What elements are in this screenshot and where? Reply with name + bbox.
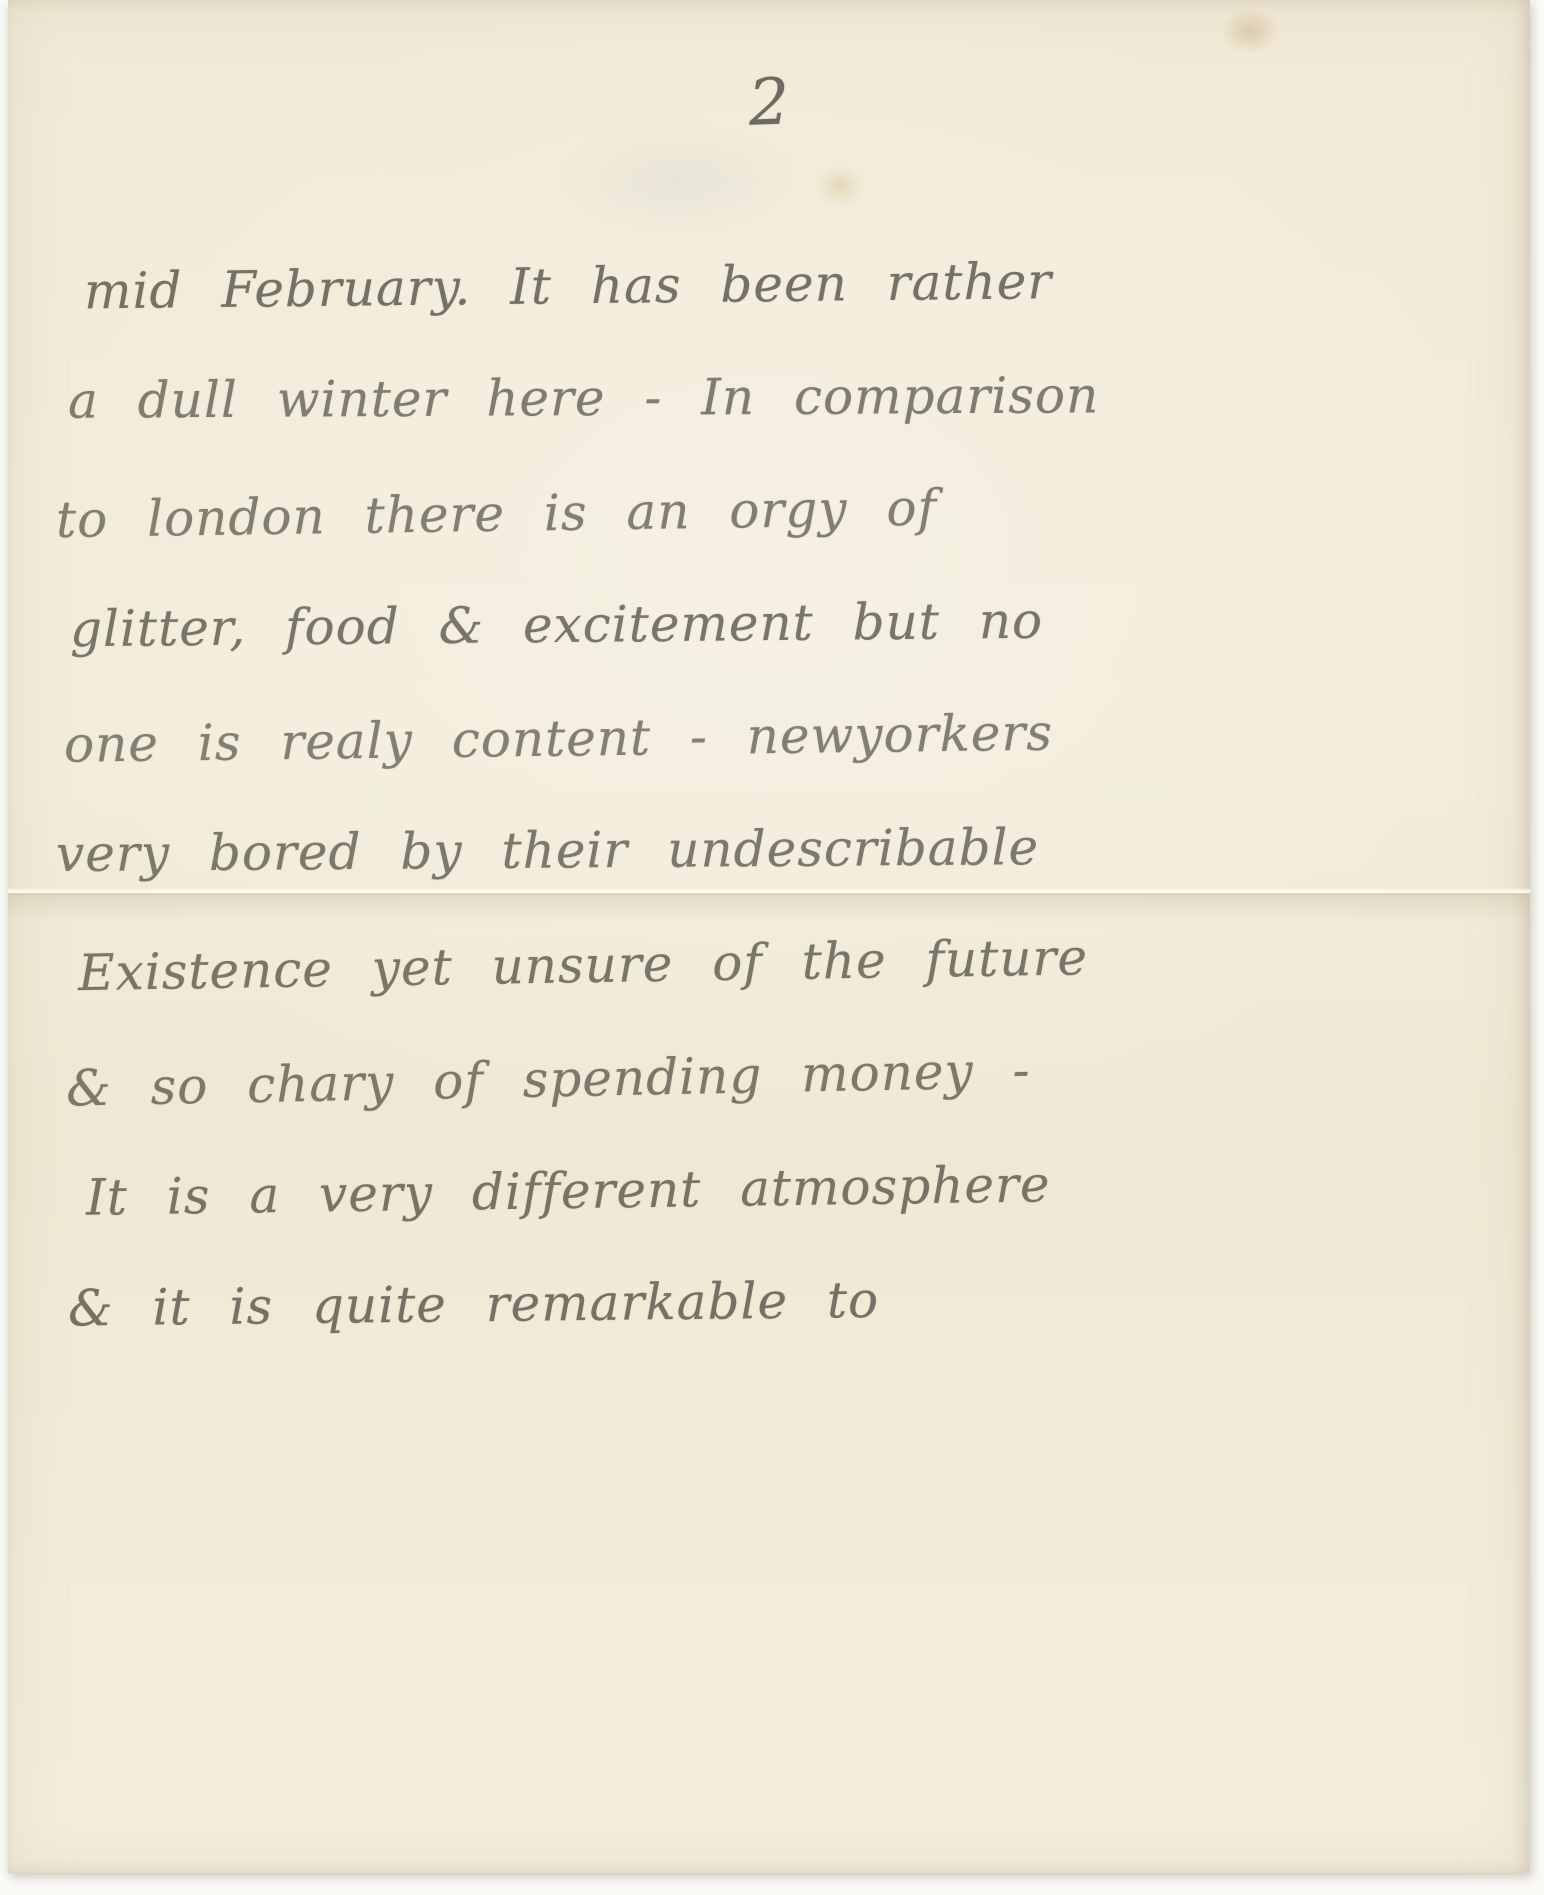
handwritten-line: one is realy content - newyorkers bbox=[63, 671, 1490, 801]
handwritten-line: glitter, food & excitement but no bbox=[70, 561, 1491, 686]
handwritten-line: It is a very different atmosphere bbox=[85, 1122, 1490, 1255]
handwritten-line: a dull winter here - In comparison bbox=[68, 337, 1491, 457]
paper-stain bbox=[814, 164, 866, 208]
scanned-letter: 2 mid February. It has been rather a dul… bbox=[0, 0, 1544, 1895]
paper-stain bbox=[1220, 8, 1280, 54]
letter-page: 2 mid February. It has been rather a dul… bbox=[8, 0, 1530, 1873]
fold-crease-shadow bbox=[8, 896, 1530, 922]
handwritten-line: & it is quite remarkable to bbox=[67, 1238, 1490, 1366]
letter-body: mid February. It has been rather a dull … bbox=[56, 228, 1490, 1358]
handwritten-line: to london there is an orgy of bbox=[55, 444, 1490, 577]
handwritten-line: mid February. It has been rather bbox=[83, 221, 1490, 349]
